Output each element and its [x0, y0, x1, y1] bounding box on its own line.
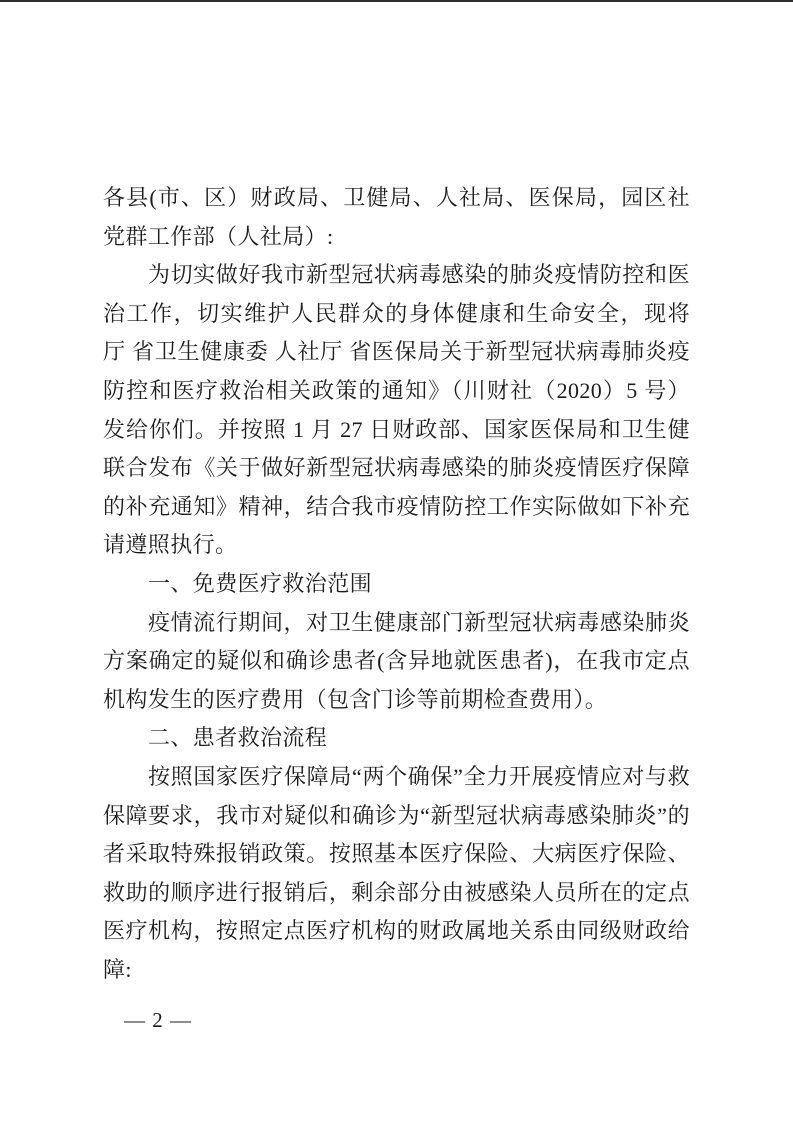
document-line: 厅 省卫生健康委 人社厅 省医保局关于新型冠状病毒肺炎疫情: [103, 333, 690, 372]
scan-edge-artifact: [0, 0, 793, 2]
document-line: 治工作，切实维护人民群众的身体健康和生命安全，现将《财政: [103, 295, 690, 334]
document-line: 党群工作部（人社局）:: [103, 218, 690, 257]
document-line: 为切实做好我市新型冠状病毒感染的肺炎疫情防控和医疗救: [103, 256, 690, 295]
document-line: 机构发生的医疗费用（包含门诊等前期检查费用）。: [103, 681, 690, 720]
recipients-paragraph: 各县(市、区）财政局、卫健局、人社局、医保局，园区社发局、党群工作部（人社局）:: [103, 179, 690, 256]
page-number: — 2 —: [124, 1006, 192, 1034]
document-page: 各县(市、区）财政局、卫健局、人社局、医保局，园区社发局、党群工作部（人社局）:…: [0, 0, 793, 1122]
document-line: 发给你们。并按照 1 月 27 日财政部、国家医保局和卫生健康委: [103, 411, 690, 450]
document-line: 医疗机构，按照定点医疗机构的财政属地关系由同级财政给予保: [103, 912, 690, 951]
document-line: 防控和医疗救治相关政策的通知》（川财社（2020）5 号）文件转: [103, 372, 690, 411]
section-2-heading: 二、患者救治流程: [103, 719, 690, 758]
document-line: 一、免费医疗救治范围: [103, 565, 690, 604]
document-line: 保障要求，我市对疑似和确诊为“新型冠状病毒感染肺炎”的患: [103, 797, 690, 836]
document-line: 的补充通知》精神，结合我市疫情防控工作实际做如下补充要求，: [103, 488, 690, 527]
document-line: 联合发布《关于做好新型冠状病毒感染的肺炎疫情医疗保障工作: [103, 449, 690, 488]
section-2-paragraph: 按照国家医疗保障局“两个确保”全力开展疫情应对与救治保障要求，我市对疑似和确诊为…: [103, 758, 690, 990]
intro-paragraph: 为切实做好我市新型冠状病毒感染的肺炎疫情防控和医疗救治工作，切实维护人民群众的身…: [103, 256, 690, 565]
section-1-heading: 一、免费医疗救治范围: [103, 565, 690, 604]
document-line: 者采取特殊报销政策。按照基本医疗保险、大病医疗保险、医疗: [103, 835, 690, 874]
document-line: 救助的顺序进行报销后，剩余部分由被感染人员所在的定点救治: [103, 874, 690, 913]
document-line: 方案确定的疑似和确诊患者(含异地就医患者)，在我市定点医疗: [103, 642, 690, 681]
document-line: 请遵照执行。: [103, 526, 690, 565]
document-line: 二、患者救治流程: [103, 719, 690, 758]
document-body: 各县(市、区）财政局、卫健局、人社局、医保局，园区社发局、党群工作部（人社局）:…: [103, 179, 690, 989]
document-line: 障:: [103, 951, 690, 990]
document-line: 疫情流行期间，对卫生健康部门新型冠状病毒感染肺炎诊疗: [103, 604, 690, 643]
document-line: 各县(市、区）财政局、卫健局、人社局、医保局，园区社发局、: [103, 179, 690, 218]
document-line: 按照国家医疗保障局“两个确保”全力开展疫情应对与救治: [103, 758, 690, 797]
section-1-paragraph: 疫情流行期间，对卫生健康部门新型冠状病毒感染肺炎诊疗方案确定的疑似和确诊患者(含…: [103, 604, 690, 720]
